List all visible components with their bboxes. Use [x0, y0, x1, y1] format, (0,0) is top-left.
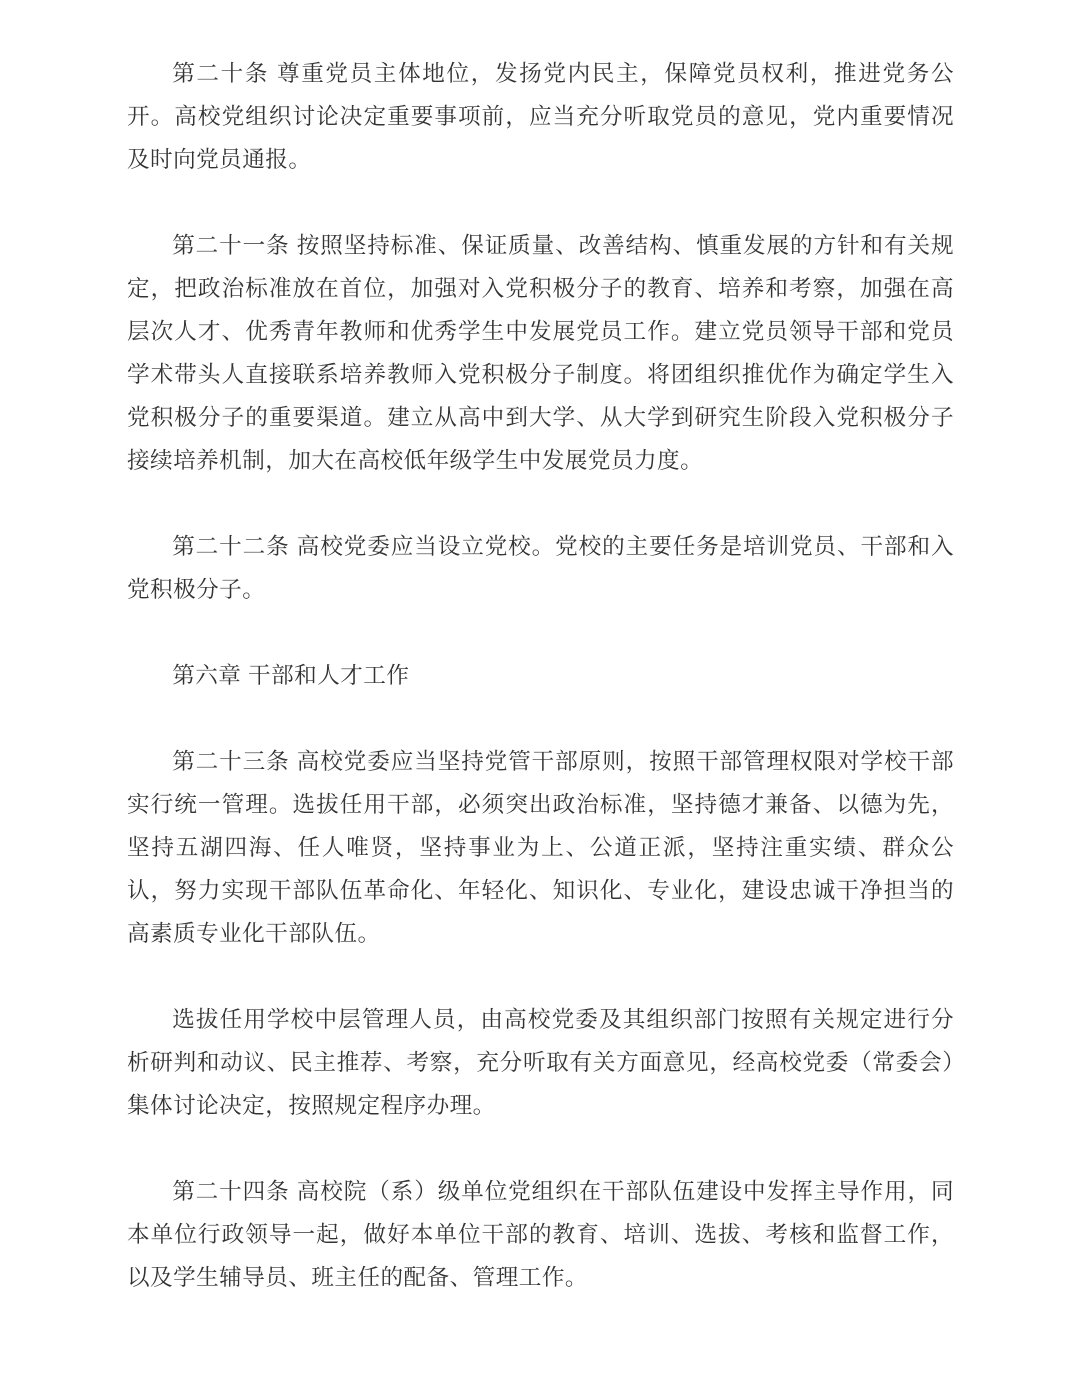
paragraph-article-23: 第二十三条 高校党委应当坚持党管干部原则，按照干部管理权限对学校干部实行统一管理… — [127, 740, 954, 955]
paragraph-article-23-continuation: 选拔任用学校中层管理人员，由高校党委及其组织部门按照有关规定进行分析研判和动议、… — [127, 998, 954, 1127]
paragraph-article-20: 第二十条 尊重党员主体地位，发扬党内民主，保障党员权利，推进党务公开。高校党组织… — [127, 52, 954, 181]
chapter-heading-6: 第六章 干部和人才工作 — [127, 654, 954, 697]
paragraph-article-22: 第二十二条 高校党委应当设立党校。党校的主要任务是培训党员、干部和入党积极分子。 — [127, 525, 954, 611]
paragraph-article-24: 第二十四条 高校院（系）级单位党组织在干部队伍建设中发挥主导作用，同本单位行政领… — [127, 1170, 954, 1299]
paragraph-article-21: 第二十一条 按照坚持标准、保证质量、改善结构、慎重发展的方针和有关规定，把政治标… — [127, 224, 954, 482]
document-page: 第二十条 尊重党员主体地位，发扬党内民主，保障党员权利，推进党务公开。高校党组织… — [0, 0, 1080, 1397]
